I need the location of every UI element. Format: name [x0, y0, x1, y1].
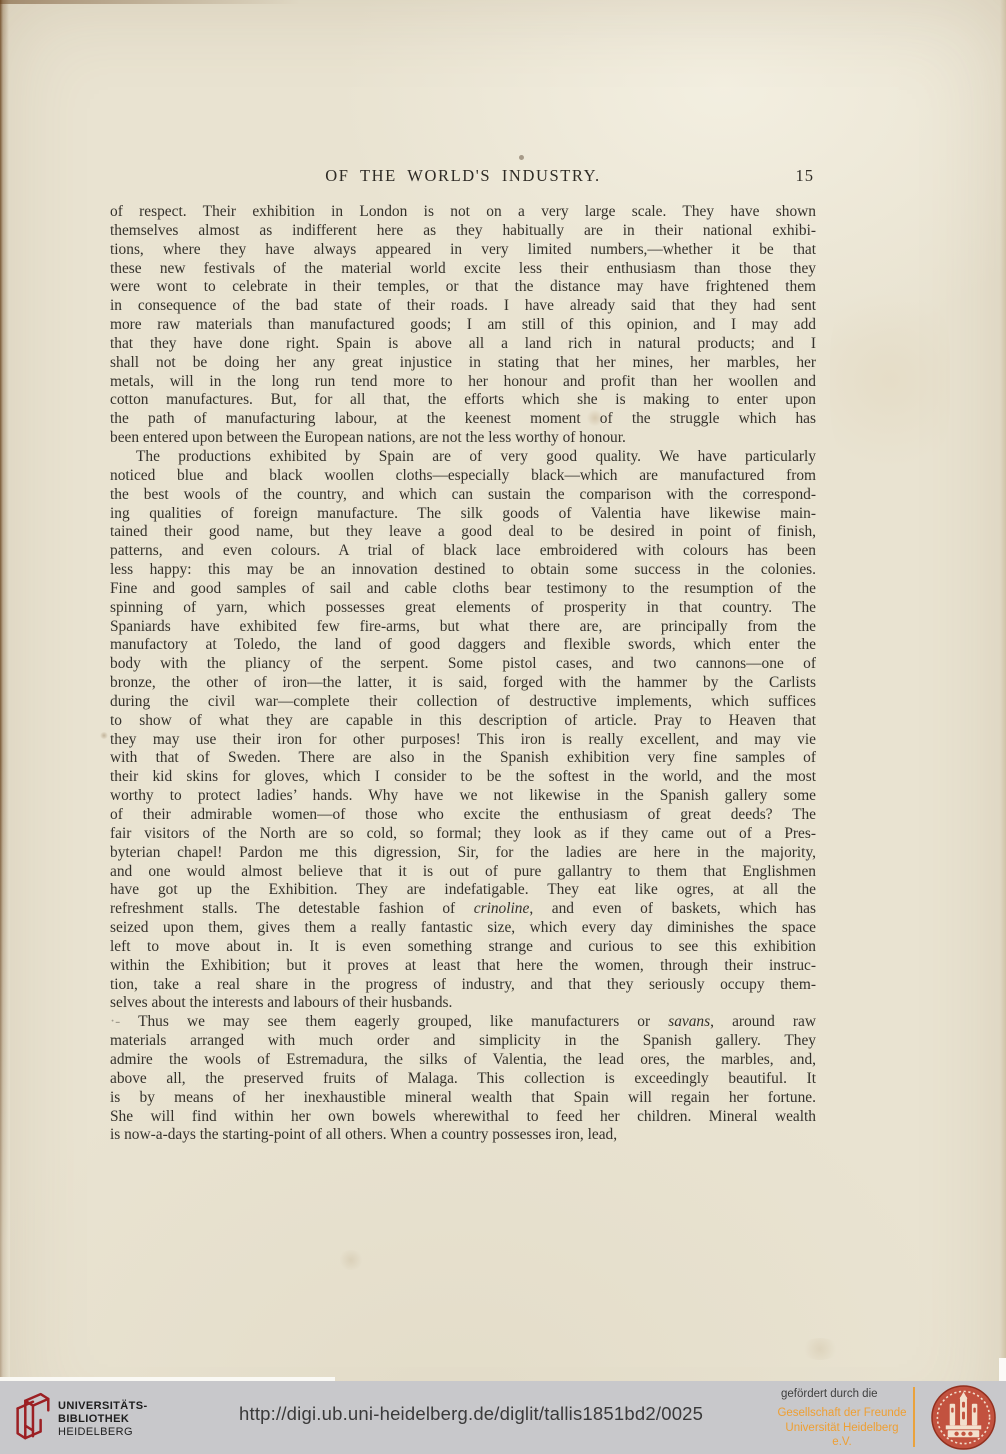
text-segment: Fine and good samples of sail and cable …: [110, 580, 816, 597]
text-segment: , around raw: [710, 1013, 816, 1030]
text-segment: to show of what they are capable in this…: [110, 712, 816, 729]
text-line: ·- Thus we may see them eagerly grouped,…: [110, 1013, 816, 1032]
text-line: The productions exhibited by Spain are o…: [110, 448, 816, 467]
text-line: tions, where they have always appeared i…: [110, 241, 816, 260]
text-line: left to move about in. It is even someth…: [110, 938, 816, 957]
funding-prefix: gefördert durch die: [776, 1388, 908, 1400]
text-segment: bronze, the other of iron—the latter, it…: [110, 674, 816, 691]
funding-org-line2: Universität Heidelberg e.V.: [776, 1421, 908, 1450]
text-line: ing qualities of foreign manufacture. Th…: [110, 505, 816, 524]
text-segment: The productions exhibited by Spain are o…: [136, 448, 816, 465]
scan-edge-highlight: [999, 1358, 1006, 1381]
text-segment: manufactory at Toledo, the land of good …: [110, 636, 816, 653]
text-line: selves about the interests and labours o…: [110, 994, 816, 1013]
paper-stain: [338, 1250, 364, 1270]
text-segment: noticed blue and black woollen cloths—es…: [110, 467, 816, 484]
text-segment: refreshment stalls. The detestable fashi…: [110, 900, 474, 917]
text-segment: byterian chapel! Pardon me this digressi…: [110, 844, 816, 861]
text-segment: Spaniards have exhibited few fire-arms, …: [110, 618, 816, 635]
paper-stain: [800, 1338, 840, 1360]
text-segment: these new festivals of the material worl…: [110, 260, 816, 277]
text-line: more raw materials than manufactured goo…: [110, 316, 816, 335]
text-segment: in consequence of the bad state of their…: [110, 297, 816, 314]
text-segment: tions, where they have always appeared i…: [110, 241, 816, 258]
funding-org-line1: Gesellschaft der Freunde: [776, 1406, 908, 1421]
paper-stain: [830, 270, 950, 490]
text-line: of their admirable women—of those who ex…: [110, 806, 816, 825]
text-line: less happy: this may be an innovation de…: [110, 561, 816, 580]
scanned-book-page: OF THE WORLD'S INDUSTRY. 15 of respect. …: [0, 0, 1006, 1454]
text-line: Spaniards have exhibited few fire-arms, …: [110, 618, 816, 637]
text-segment: cotton manufactures. But, for all that, …: [110, 391, 816, 408]
text-line: tained their good name, but they leave a…: [110, 523, 816, 542]
text-line: their kid skins for gloves, which I cons…: [110, 768, 816, 787]
university-library-logo-icon: [9, 1391, 55, 1447]
text-line: with that of Sweden. There are also in t…: [110, 749, 816, 768]
text-segment: She will find within her own bowels wher…: [110, 1108, 816, 1125]
text-segment: with that of Sweden. There are also in t…: [110, 749, 816, 766]
text-segment: shall not be doing her any great injusti…: [110, 354, 816, 371]
library-name-line1: UNIVERSITÄTS-: [58, 1400, 148, 1413]
text-segment: tion, take a real share in the progress …: [110, 976, 816, 993]
text-segment: above all, the preserved fruits of Malag…: [110, 1070, 816, 1087]
text-line: refreshment stalls. The detestable fashi…: [110, 900, 816, 919]
library-name: UNIVERSITÄTS- BIBLIOTHEK HEIDELBERG: [58, 1400, 148, 1439]
text-line: manufactory at Toledo, the land of good …: [110, 636, 816, 655]
text-line: within the Exhibition; but it proves at …: [110, 957, 816, 976]
document-url: http://digi.ub.uni-heidelberg.de/diglit/…: [239, 1403, 703, 1425]
text-line: to show of what they are capable in this…: [110, 712, 816, 731]
text-segment: materials arranged with much order and s…: [110, 1032, 816, 1049]
text-segment: spinning of yarn, which possesses great …: [110, 599, 816, 616]
text-line: shall not be doing her any great injusti…: [110, 354, 816, 373]
text-line: that they have done right. Spain is abov…: [110, 335, 816, 354]
text-line: is now-a-days the starting-point of all …: [110, 1126, 816, 1145]
text-line: noticed blue and black woollen cloths—es…: [110, 467, 816, 486]
funding-note: gefördert durch die Gesellschaft der Fre…: [776, 1388, 908, 1450]
text-segment: , and even of baskets, which has: [529, 900, 816, 917]
text-line: tion, take a real share in the progress …: [110, 976, 816, 995]
text-segment: they may use their iron for other purpos…: [110, 731, 816, 748]
text-segment: fair visitors of the North are so cold, …: [110, 825, 816, 842]
text-line: bronze, the other of iron—the latter, it…: [110, 674, 816, 693]
text-segment: patterns, and even colours. A trial of b…: [110, 542, 816, 559]
text-segment: been entered upon between the European n…: [110, 429, 626, 446]
text-segment: seized upon them, gives them a really fa…: [110, 919, 816, 936]
text-segment: the path of manufacturing labour, at the…: [110, 410, 816, 427]
text-line: during the civil war—complete their coll…: [110, 693, 816, 712]
text-segment: tained their good name, but they leave a…: [110, 523, 816, 540]
page-top-edge-shadow: [0, 0, 300, 4]
text-segment: selves about the interests and labours o…: [110, 994, 452, 1011]
text-segment: their kid skins for gloves, which I cons…: [110, 768, 816, 785]
text-segment: ·-: [110, 1013, 138, 1030]
text-segment: ing qualities of foreign manufacture. Th…: [110, 505, 816, 522]
text-line: body with the pliancy of the serpent. So…: [110, 655, 816, 674]
text-segment: more raw materials than manufactured goo…: [110, 316, 816, 333]
text-segment: themselves almost as indifferent here as…: [110, 222, 816, 239]
text-segment: were wont to celebrate in their temples,…: [110, 278, 816, 295]
text-line: byterian chapel! Pardon me this digressi…: [110, 844, 816, 863]
text-segment: of their admirable women—of those who ex…: [110, 806, 816, 823]
text-segment: worthy to protect ladies’ hands. Why hav…: [110, 787, 816, 804]
text-segment: of respect. Their exhibition in London i…: [110, 203, 816, 220]
page-right-edge-shadow: [1000, 0, 1006, 1381]
text-segment: admire the wools of Estremadura, the sil…: [110, 1051, 816, 1068]
university-seal-icon: [930, 1384, 997, 1451]
text-line: and one would almost believe that it is …: [110, 863, 816, 882]
text-line: seized upon them, gives them a really fa…: [110, 919, 816, 938]
text-line: Fine and good samples of sail and cable …: [110, 580, 816, 599]
italic-text: savans: [668, 1013, 710, 1030]
text-segment: body with the pliancy of the serpent. So…: [110, 655, 816, 672]
text-line: fair visitors of the North are so cold, …: [110, 825, 816, 844]
text-segment: have got up the Exhibition. They are ind…: [110, 881, 816, 898]
text-line: patterns, and even colours. A trial of b…: [110, 542, 816, 561]
text-line: She will find within her own bowels wher…: [110, 1108, 816, 1127]
text-line: above all, the preserved fruits of Malag…: [110, 1070, 816, 1089]
text-segment: within the Exhibition; but it proves at …: [110, 957, 816, 974]
text-line: were wont to celebrate in their temples,…: [110, 278, 816, 297]
text-line: themselves almost as indifferent here as…: [110, 222, 816, 241]
italic-text: crinoline: [474, 900, 530, 917]
text-line: these new festivals of the material worl…: [110, 260, 816, 279]
text-segment: the best wools of the country, and which…: [110, 486, 816, 503]
text-line: they may use their iron for other purpos…: [110, 731, 816, 750]
text-line: the path of manufacturing labour, at the…: [110, 410, 816, 429]
text-line: the best wools of the country, and which…: [110, 486, 816, 505]
page-number: 15: [796, 166, 815, 186]
text-line: metals, will in the long run tend more t…: [110, 373, 816, 392]
text-segment: and one would almost believe that it is …: [110, 863, 816, 880]
text-segment: that they have done right. Spain is abov…: [110, 335, 816, 352]
text-line: spinning of yarn, which possesses great …: [110, 599, 816, 618]
footer-divider: [913, 1387, 915, 1447]
text-segment: is by means of her inexhaustible mineral…: [110, 1089, 816, 1106]
text-segment: metals, will in the long run tend more t…: [110, 373, 816, 390]
text-line: admire the wools of Estremadura, the sil…: [110, 1051, 816, 1070]
text-segment: during the civil war—complete their coll…: [110, 693, 816, 710]
digitization-footer-bar: UNIVERSITÄTS- BIBLIOTHEK HEIDELBERG http…: [0, 1381, 1006, 1454]
text-segment: is now-a-days the starting-point of all …: [110, 1126, 617, 1143]
text-line: have got up the Exhibition. They are ind…: [110, 881, 816, 900]
text-line: of respect. Their exhibition in London i…: [110, 203, 816, 222]
paper-speck: [519, 155, 524, 160]
text-line: cotton manufactures. But, for all that, …: [110, 391, 816, 410]
text-line: is by means of her inexhaustible mineral…: [110, 1089, 816, 1108]
body-text: of respect. Their exhibition in London i…: [110, 203, 816, 1145]
library-name-line3: HEIDELBERG: [58, 1426, 148, 1439]
page-left-edge-fade: [0, 0, 10, 1381]
text-line: been entered upon between the European n…: [110, 429, 816, 448]
running-header: OF THE WORLD'S INDUSTRY. 15: [110, 166, 816, 186]
text-segment: left to move about in. It is even someth…: [110, 938, 816, 955]
text-line: worthy to protect ladies’ hands. Why hav…: [110, 787, 816, 806]
text-line: materials arranged with much order and s…: [110, 1032, 816, 1051]
text-line: in consequence of the bad state of their…: [110, 297, 816, 316]
text-segment: less happy: this may be an innovation de…: [110, 561, 816, 578]
page-title: OF THE WORLD'S INDUSTRY.: [110, 166, 816, 186]
text-segment: Thus we may see them eagerly grouped, li…: [138, 1013, 668, 1030]
paper-stain: [100, 732, 108, 739]
library-name-line2: BIBLIOTHEK: [58, 1413, 148, 1426]
